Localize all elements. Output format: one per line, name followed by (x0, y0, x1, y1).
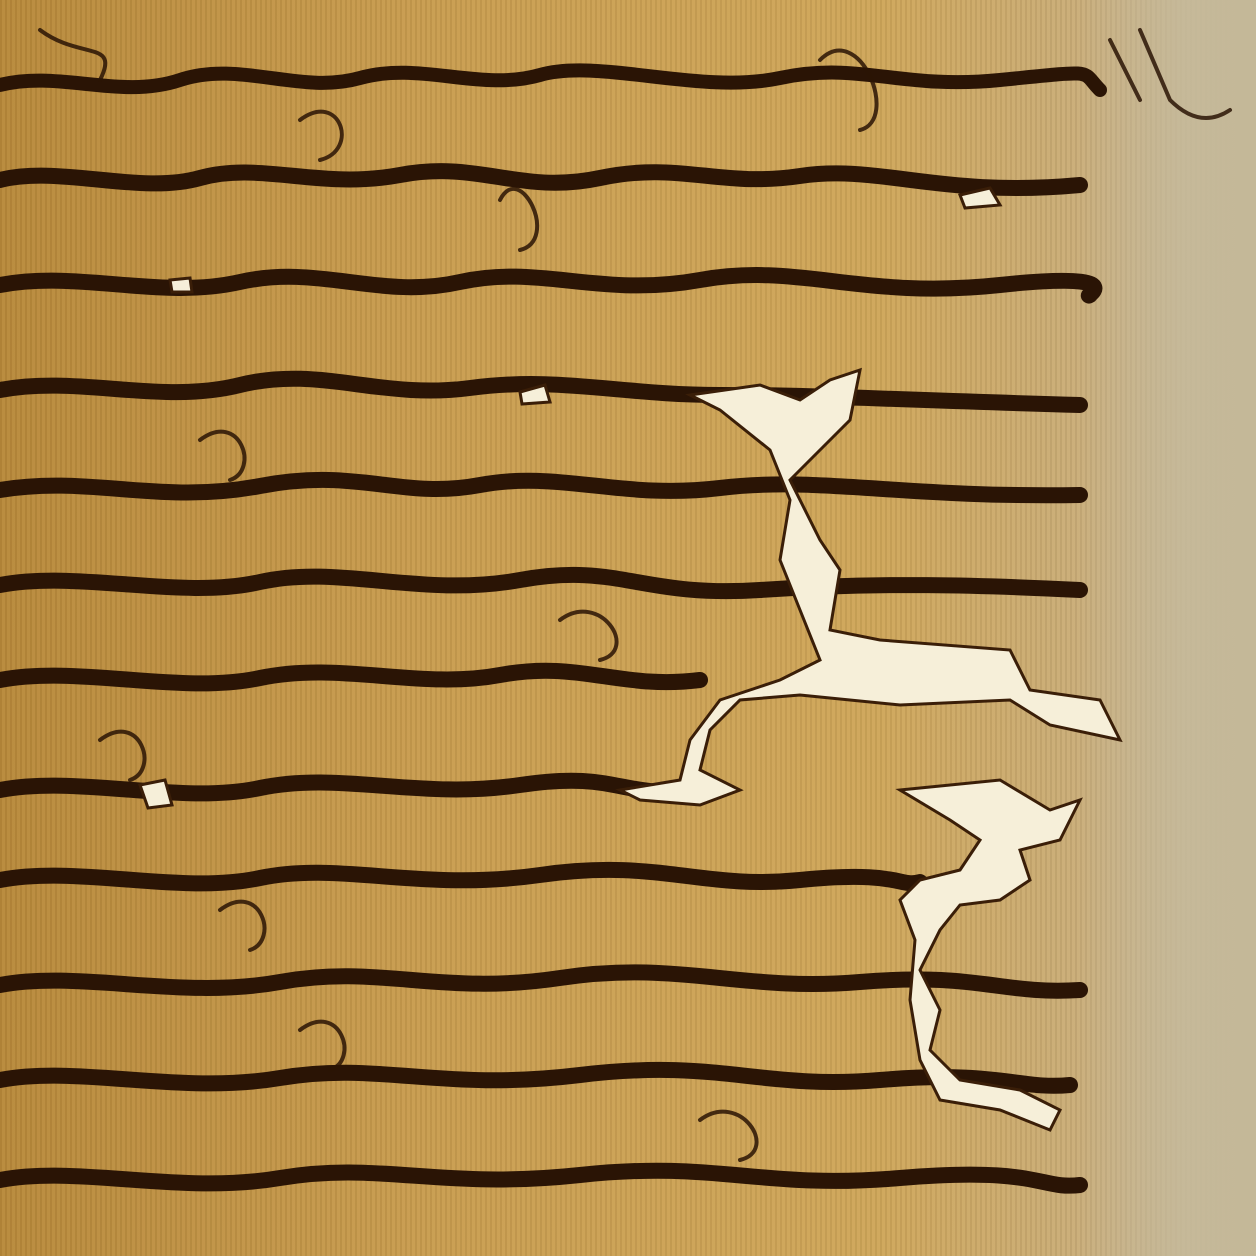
manuscript-page (0, 0, 1256, 1256)
handwriting-lines (0, 0, 1256, 1256)
